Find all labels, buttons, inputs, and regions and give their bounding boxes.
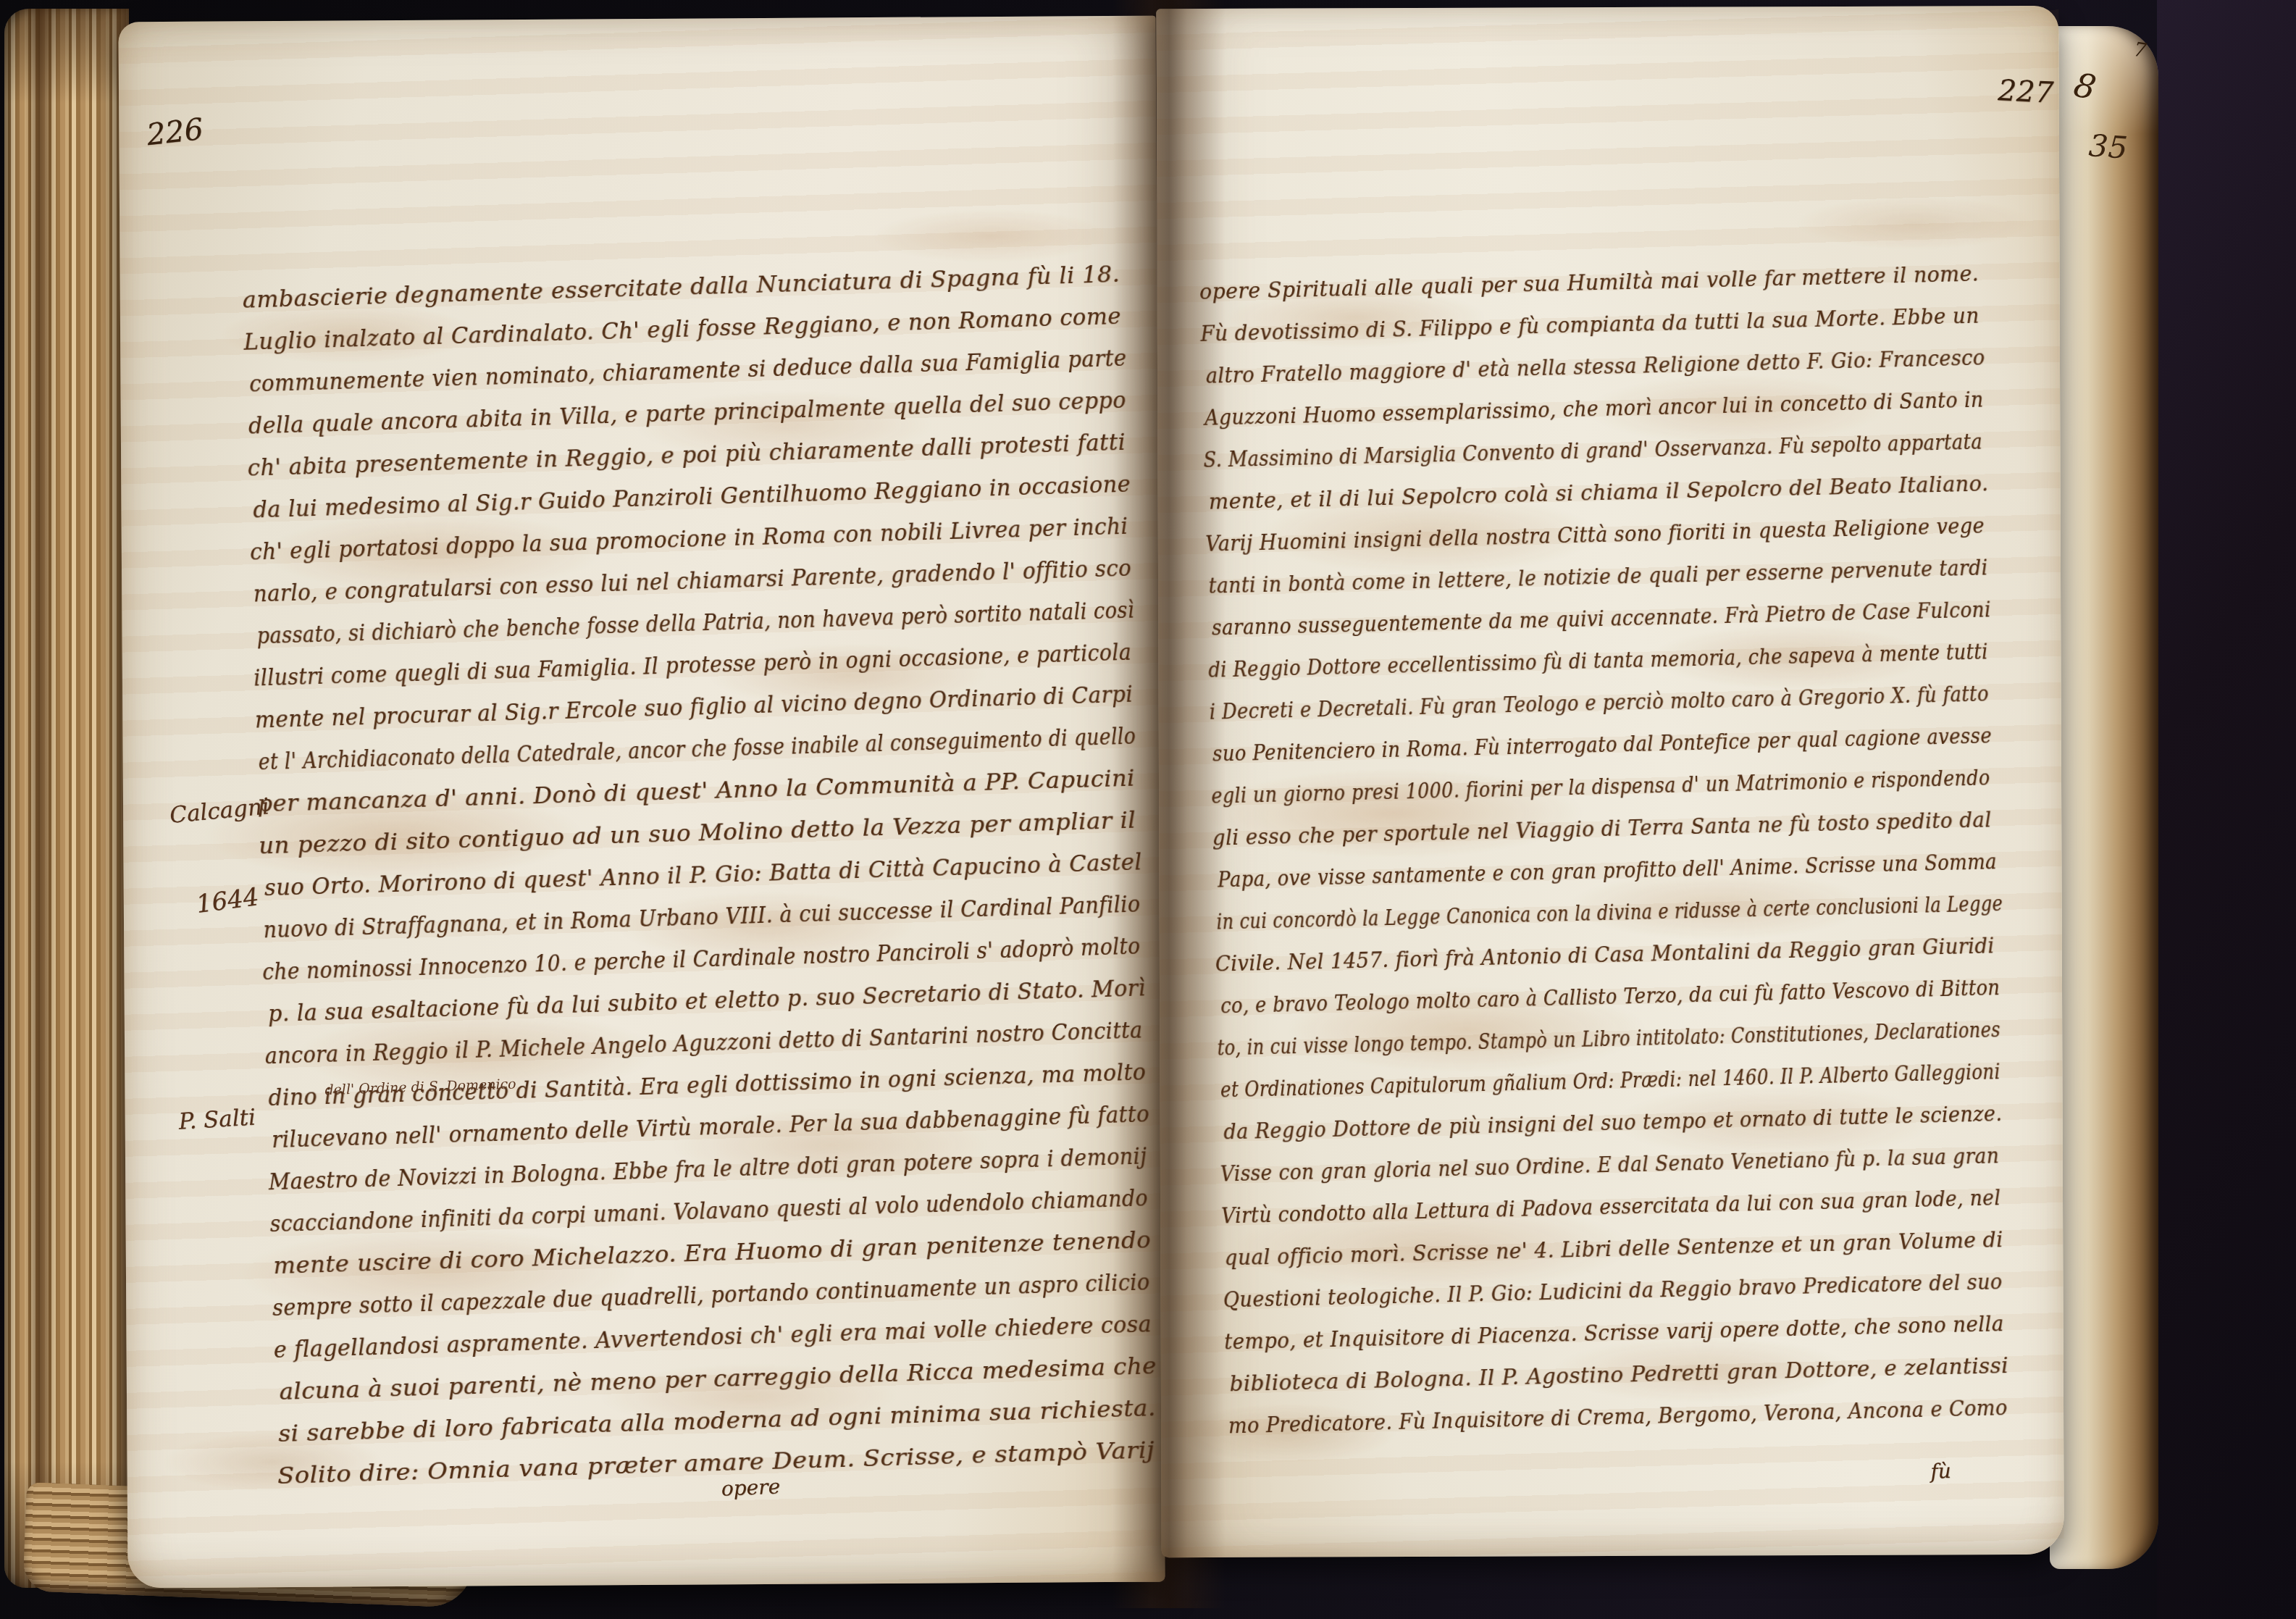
book-photo: 8 35 7 226 Calcagni 1644 P. Salti dell' … bbox=[0, 0, 2296, 1619]
next-leaf-number: 35 bbox=[2087, 127, 2129, 166]
left-page-edges bbox=[4, 9, 129, 1588]
page-number-left: 226 bbox=[145, 112, 205, 152]
corner-mark: 7 bbox=[2132, 38, 2148, 62]
left-page-text: ambascierie degnamente essercitate dalla… bbox=[242, 254, 1155, 1497]
margin-note-name: Calcagni bbox=[169, 793, 270, 829]
right-page-text: opere Spirituali alle quali per sua Humi… bbox=[1199, 254, 2006, 1448]
right-page-edges: 8 35 7 bbox=[2050, 26, 2158, 1569]
page-number-right: 227 bbox=[1998, 74, 2055, 110]
catchword-left: opere bbox=[721, 1474, 781, 1500]
next-leaf-number-partial: 8 bbox=[2071, 65, 2100, 108]
margin-note-salti: P. Salti bbox=[178, 1105, 256, 1135]
left-page: 226 Calcagni 1644 P. Salti dell' Ordine … bbox=[118, 16, 1165, 1589]
catchword-right: fù bbox=[1930, 1459, 1952, 1484]
margin-note-year: 1644 bbox=[195, 882, 261, 919]
book-cover bbox=[2157, 0, 2296, 1619]
right-page: 227 opere Spirituali alle quali per sua … bbox=[1156, 6, 2064, 1557]
